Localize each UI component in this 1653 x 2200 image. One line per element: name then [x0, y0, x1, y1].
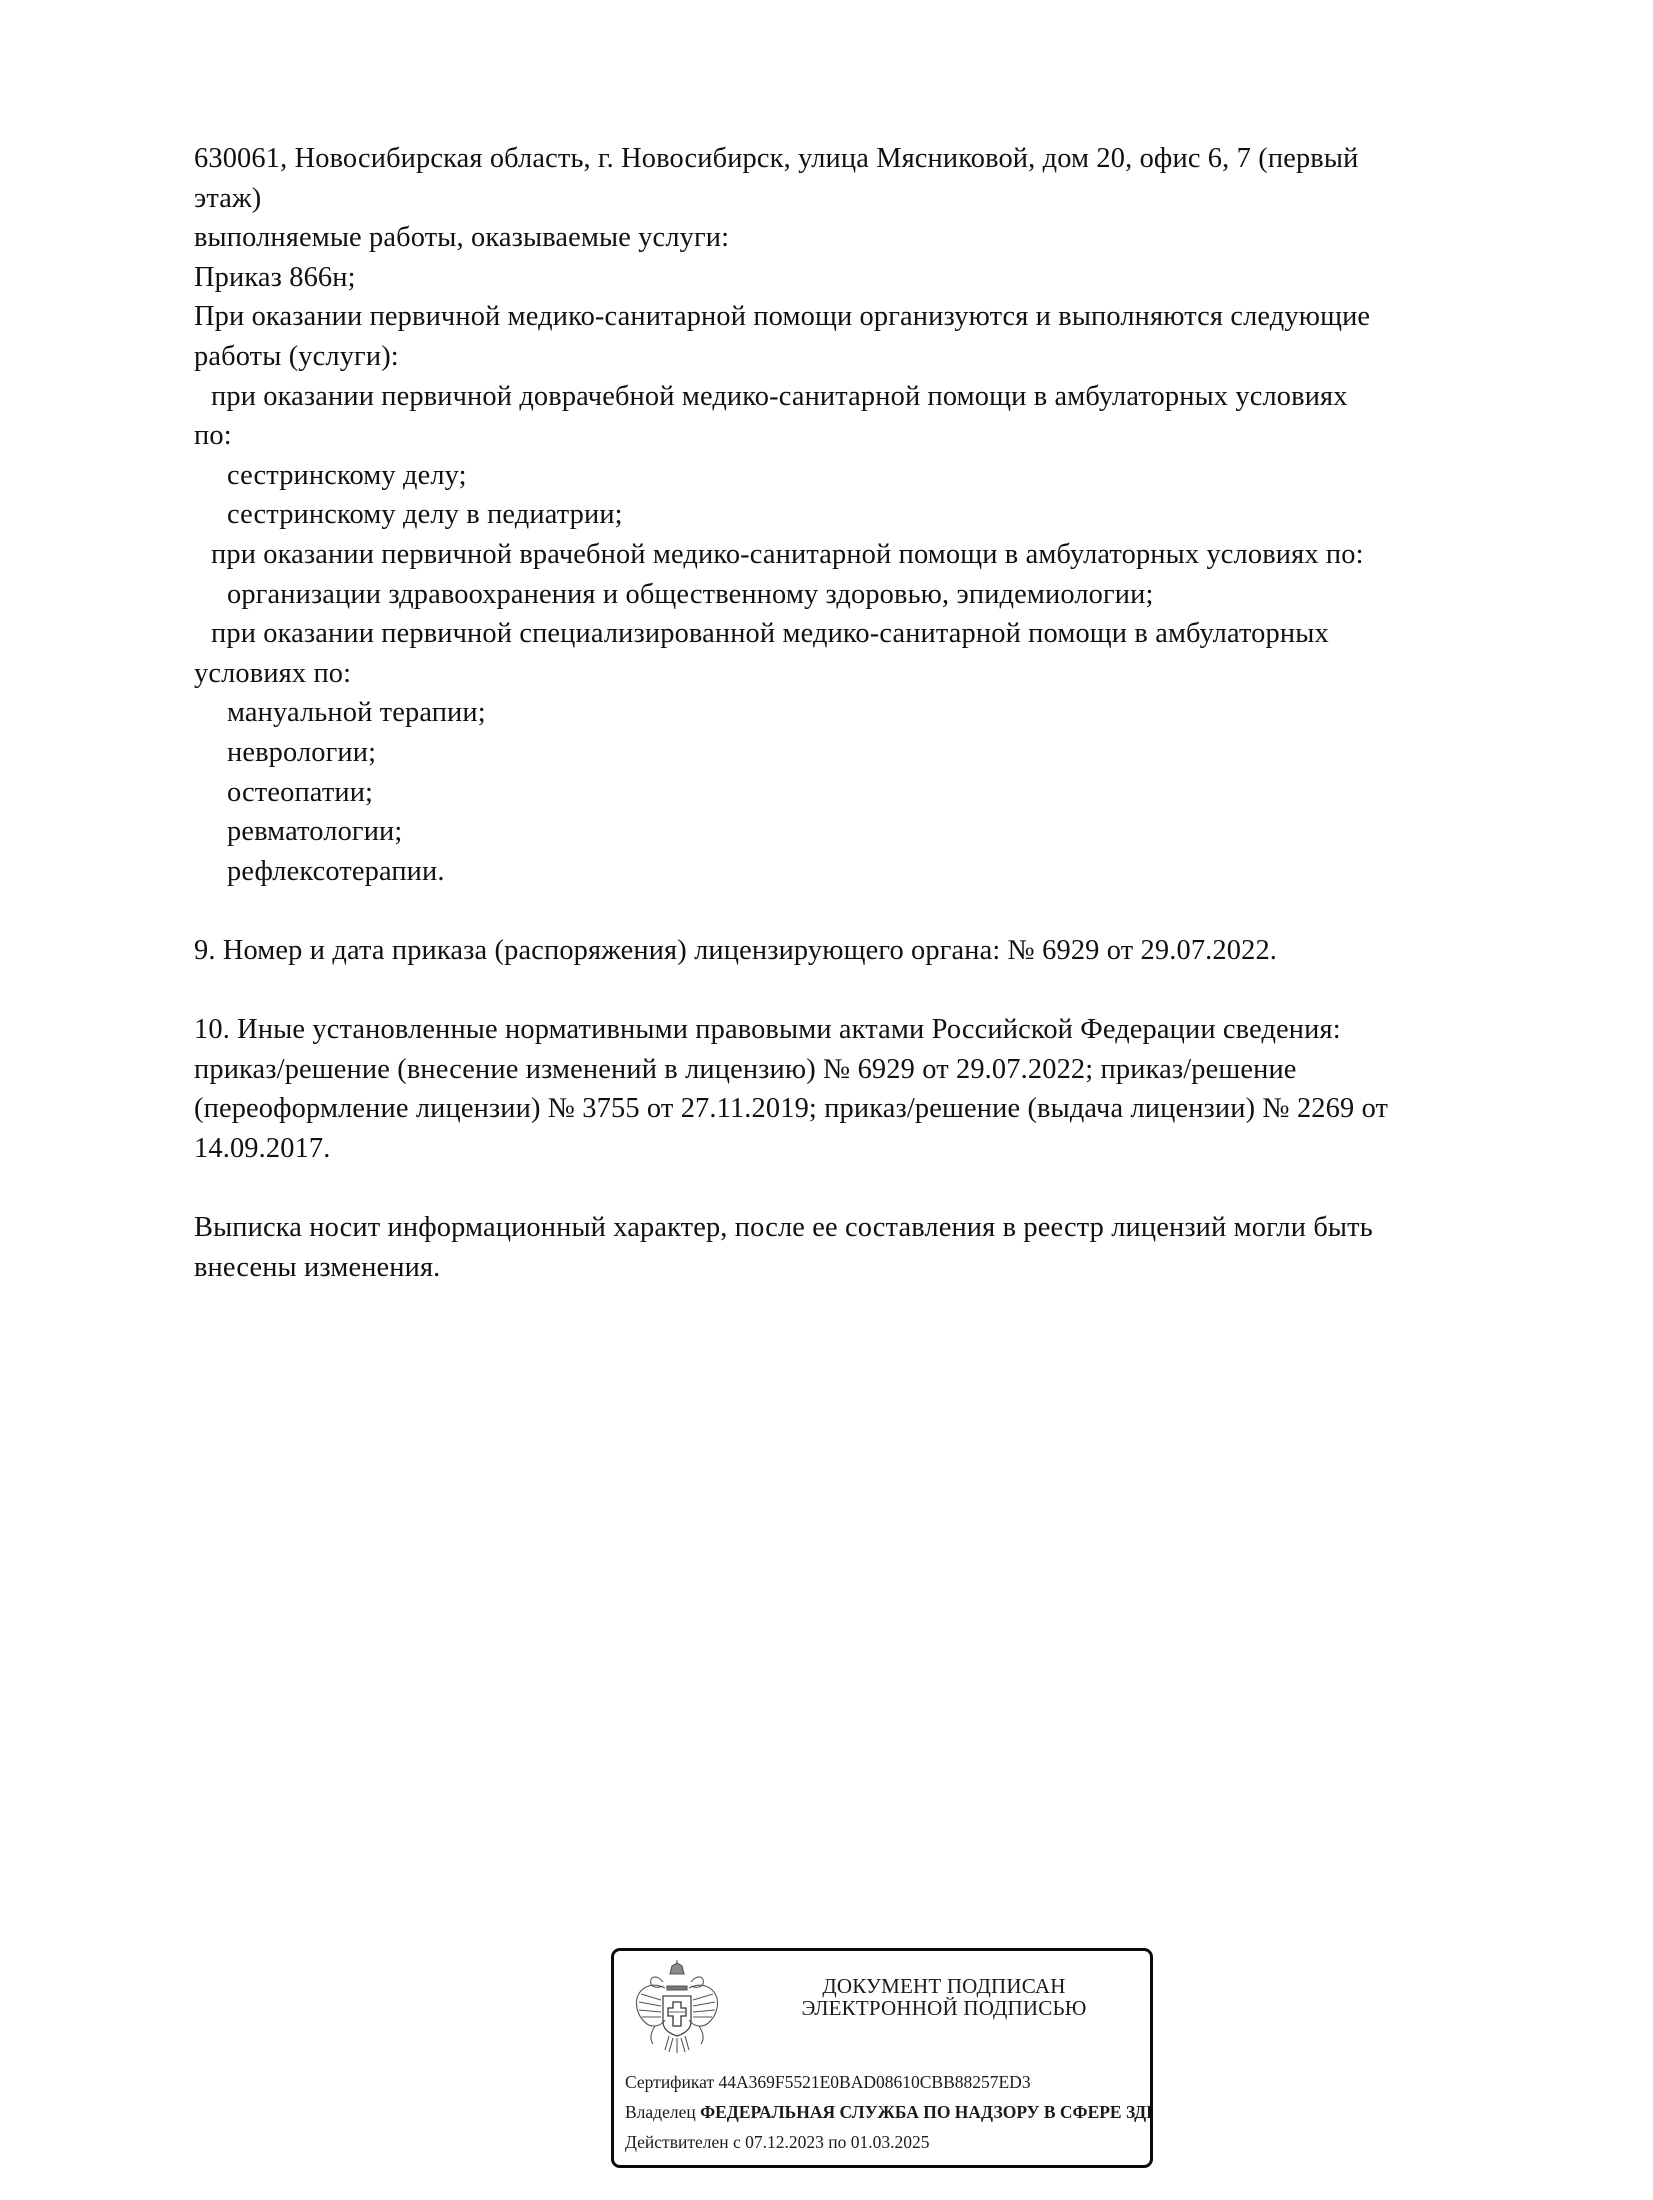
coat-of-arms-icon — [633, 1960, 721, 2054]
service-item: остеопатии; — [194, 773, 1594, 813]
stamp-title: ДОКУМЕНТ ПОДПИСАН ЭЛЕКТРОННОЙ ПОДПИСЬЮ — [734, 1975, 1153, 2019]
validity-row: Действителен с 07.12.2023 по 01.03.2025 — [625, 2127, 1153, 2157]
validity-value: с 07.12.2023 по 01.03.2025 — [733, 2132, 930, 2152]
service-item: сестринскому делу в педиатрии; — [194, 495, 1594, 535]
group-heading: по: — [194, 416, 1594, 456]
section-9: 9. Номер и дата приказа (распоряжения) л… — [194, 931, 1594, 971]
service-item: неврологии; — [194, 733, 1594, 773]
service-item: сестринскому делу; — [194, 456, 1594, 496]
service-item: ревматологии; — [194, 812, 1594, 852]
owner-value: ФЕДЕРАЛЬНАЯ СЛУЖБА ПО НАДЗОРУ В СФЕРЕ ЗД… — [700, 2102, 1153, 2122]
group-heading: при оказании первичной врачебной медико-… — [194, 535, 1594, 575]
section-10-line: приказ/решение (внесение изменений в лиц… — [194, 1050, 1594, 1090]
validity-label: Действителен — [625, 2132, 729, 2152]
intro-line: При оказании первичной медико-санитарной… — [194, 297, 1594, 337]
section-10-line: 14.09.2017. — [194, 1129, 1594, 1169]
certificate-value: 44A369F5521E0BAD08610CBB88257ED3 — [718, 2072, 1030, 2092]
section-10-line: 10. Иные установленные нормативными прав… — [194, 1010, 1594, 1050]
address-line: 630061, Новосибирская область, г. Новоси… — [194, 139, 1594, 179]
certificate-row: Сертификат 44A369F5521E0BAD08610CBB88257… — [625, 2067, 1153, 2097]
service-item: мануальной терапии; — [194, 693, 1594, 733]
group-heading: при оказании первичной специализированно… — [194, 614, 1594, 654]
owner-row: Владелец ФЕДЕРАЛЬНАЯ СЛУЖБА ПО НАДЗОРУ В… — [625, 2097, 1153, 2127]
paragraph-gap — [194, 970, 1594, 1010]
paragraph-gap — [194, 891, 1594, 931]
section-10-line: (переоформление лицензии) № 3755 от 27.1… — [194, 1089, 1594, 1129]
intro-line: работы (услуги): — [194, 337, 1594, 377]
owner-label: Владелец — [625, 2102, 696, 2122]
stamp-details: Сертификат 44A369F5521E0BAD08610CBB88257… — [625, 2067, 1153, 2157]
electronic-signature-stamp: ДОКУМЕНТ ПОДПИСАН ЭЛЕКТРОННОЙ ПОДПИСЬЮ С… — [611, 1948, 1153, 2168]
stamp-title-line-1: ДОКУМЕНТ ПОДПИСАН — [734, 1975, 1153, 1997]
certificate-label: Сертификат — [625, 2072, 714, 2092]
order-reference: Приказ 866н; — [194, 258, 1594, 298]
address-line: этаж) — [194, 179, 1594, 219]
group-heading: условиях по: — [194, 654, 1594, 694]
stamp-title-line-2: ЭЛЕКТРОННОЙ ПОДПИСЬЮ — [734, 1997, 1153, 2019]
group-heading: при оказании первичной доврачебной медик… — [194, 377, 1594, 417]
paragraph-gap — [194, 1168, 1594, 1208]
service-item: рефлексотерапии. — [194, 852, 1594, 892]
disclaimer-line: внесены изменения. — [194, 1248, 1594, 1288]
document-body: 630061, Новосибирская область, г. Новоси… — [194, 139, 1594, 1287]
services-label: выполняемые работы, оказываемые услуги: — [194, 218, 1594, 258]
disclaimer-line: Выписка носит информационный характер, п… — [194, 1208, 1594, 1248]
service-item: организации здравоохранения и общественн… — [194, 575, 1594, 615]
